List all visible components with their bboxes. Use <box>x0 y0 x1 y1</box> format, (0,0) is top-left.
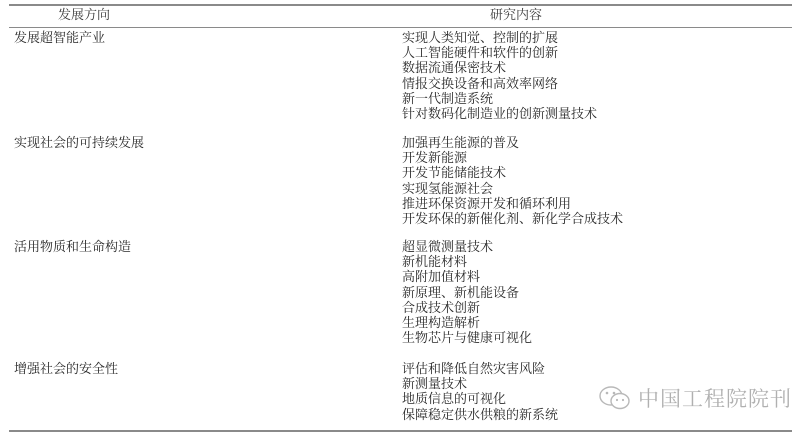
table-bottom-rule <box>9 430 792 432</box>
content-item: 情报交换设备和高效率网络 <box>402 77 597 92</box>
header-content: 研究内容 <box>490 8 542 24</box>
content-item: 评估和降低自然灾害风险 <box>402 362 558 377</box>
content-item: 实现人类知觉、控制的扩展 <box>402 31 597 46</box>
row-contents: 实现人类知觉、控制的扩展 人工智能硬件和软件的创新 数据流通保密技术 情报交换设… <box>402 31 597 122</box>
content-item: 生理构造解析 <box>402 316 532 331</box>
content-item: 针对数码化制造业的创新测量技术 <box>402 107 597 122</box>
content-item: 高附加值材料 <box>402 270 532 285</box>
row-contents: 超显微测量技术 新机能材料 高附加值材料 新原理、新机能设备 合成技术创新 生理… <box>402 240 532 346</box>
content-item: 生物芯片与健康可视化 <box>402 331 532 346</box>
wechat-icon <box>598 385 632 411</box>
row-contents: 评估和降低自然灾害风险 新测量技术 地质信息的可视化 保障稳定供水供粮的新系统 <box>402 362 558 423</box>
content-item: 开发环保的新催化剂、新化学合成技术 <box>402 212 623 227</box>
content-item: 开发新能源 <box>402 151 623 166</box>
content-item: 保障稳定供水供粮的新系统 <box>402 408 558 423</box>
content-item: 推进环保资源开发和循环利用 <box>402 197 623 212</box>
watermark-text: 中国工程院院刊 <box>638 383 792 413</box>
row-direction: 发展超智能产业 <box>14 31 105 46</box>
row-contents: 加强再生能源的普及 开发新能源 开发节能储能技术 实现氢能源社会 推进环保资源开… <box>402 136 623 227</box>
table-header-rule <box>9 27 792 28</box>
content-item: 超显微测量技术 <box>402 240 532 255</box>
row-direction: 增强社会的安全性 <box>14 362 118 377</box>
row-direction: 活用物质和生命构造 <box>14 240 131 255</box>
row-direction: 实现社会的可持续发展 <box>14 136 144 151</box>
content-item: 加强再生能源的普及 <box>402 136 623 151</box>
content-item: 新机能材料 <box>402 255 532 270</box>
watermark: 中国工程院院刊 <box>598 383 792 413</box>
content-item: 合成技术创新 <box>402 301 532 316</box>
table-top-rule <box>9 4 792 6</box>
content-item: 数据流通保密技术 <box>402 61 597 76</box>
header-direction: 发展方向 <box>58 8 110 24</box>
content-item: 新原理、新机能设备 <box>402 286 532 301</box>
content-item: 开发节能储能技术 <box>402 166 623 181</box>
content-item: 新一代制造系统 <box>402 92 597 107</box>
content-item: 地质信息的可视化 <box>402 392 558 407</box>
content-item: 人工智能硬件和软件的创新 <box>402 46 597 61</box>
content-item: 新测量技术 <box>402 377 558 392</box>
content-item: 实现氢能源社会 <box>402 182 623 197</box>
